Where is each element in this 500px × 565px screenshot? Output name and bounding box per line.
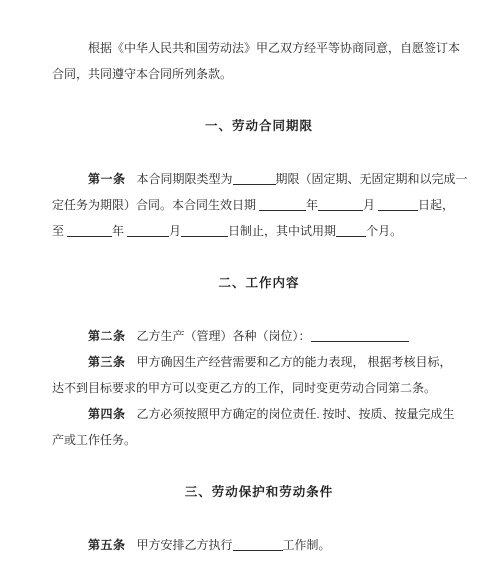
blank-underline bbox=[311, 330, 409, 342]
clause-1: 第一条本合同期限类型为期限（固定期、无固定期和以完成一定任务为期限）合同。本合同… bbox=[52, 166, 466, 244]
contract-document: 根据《中华人民共和国劳动法》甲乙双方经平等协商同意，自愿签订本合同，共同遵守本合… bbox=[52, 35, 466, 558]
clause-2: 第二条乙方生产（管理）各种（岗位）： bbox=[52, 323, 466, 349]
text-run: 根据《中华人民共和国劳动法》甲乙双方经平等协商同意，自愿签订本 bbox=[88, 41, 460, 55]
blank-underline bbox=[378, 199, 418, 211]
blank-underline bbox=[336, 225, 366, 237]
clause-3: 第三条甲方确因生产经营需要和乙方的能力表现， 根据考核目标，达不到目标要求的甲方… bbox=[52, 349, 466, 401]
intro-paragraph: 根据《中华人民共和国劳动法》甲乙双方经平等协商同意，自愿签订本合同，共同遵守本合… bbox=[52, 35, 466, 87]
blank-underline bbox=[233, 539, 283, 551]
text-run: 合同，共同遵守本合同所列条款。 bbox=[52, 67, 232, 81]
clause-label: 第三条 bbox=[88, 355, 126, 369]
blank-underline bbox=[127, 225, 169, 237]
text-run: 月 bbox=[363, 198, 378, 212]
text-run: 月 bbox=[169, 224, 181, 238]
text-run: 乙方生产（管理）各种（岗位）： bbox=[137, 329, 311, 343]
text-run: 甲方安排乙方执行 bbox=[137, 538, 233, 552]
blank-underline bbox=[259, 199, 306, 211]
text-run: 产或工作任务。 bbox=[52, 433, 136, 447]
section-heading-3: 三、劳动保护和劳动条件 bbox=[52, 479, 466, 505]
clause-label: 第二条 bbox=[88, 329, 126, 343]
text-run: 年 bbox=[112, 224, 127, 238]
blank-underline bbox=[318, 199, 363, 211]
blank-underline bbox=[233, 173, 276, 185]
text-run: 乙方必须按照甲方确定的岗位责任. 按时、按质、按量完成生 bbox=[137, 407, 455, 421]
clause-label: 第一条 bbox=[88, 172, 126, 186]
blank-underline bbox=[181, 225, 228, 237]
text-run: 个月。 bbox=[366, 224, 402, 238]
text-run: 工作制。 bbox=[283, 538, 331, 552]
text-run: 达不到目标要求的甲方可以变更乙方的工作，同时变更劳动合同第二条。 bbox=[52, 381, 436, 395]
text-run: 甲方确因生产经营需要和乙方的能力表现， 根据考核目标， bbox=[137, 355, 452, 369]
clause-label: 第五条 bbox=[88, 538, 126, 552]
text-run: 年 bbox=[306, 198, 318, 212]
text-run: 期限（固定期、无固定期和以完成一 bbox=[276, 172, 468, 186]
section-heading-1: 一、劳动合同期限 bbox=[52, 113, 466, 139]
text-run: 日制止，其中试用期 bbox=[228, 224, 336, 238]
text-run: 日起， bbox=[418, 198, 454, 212]
text-run: 定任务为期限）合同。本合同生效日期 bbox=[52, 198, 259, 212]
clause-5: 第五条甲方安排乙方执行工作制。 bbox=[52, 532, 466, 558]
text-run: 本合同期限类型为 bbox=[137, 172, 233, 186]
blank-underline bbox=[67, 225, 112, 237]
section-heading-2: 二、工作内容 bbox=[52, 270, 466, 296]
clause-4: 第四条乙方必须按照甲方确定的岗位责任. 按时、按质、按量完成生产或工作任务。 bbox=[52, 401, 466, 453]
text-run: 至 bbox=[52, 224, 67, 238]
clause-label: 第四条 bbox=[88, 407, 126, 421]
